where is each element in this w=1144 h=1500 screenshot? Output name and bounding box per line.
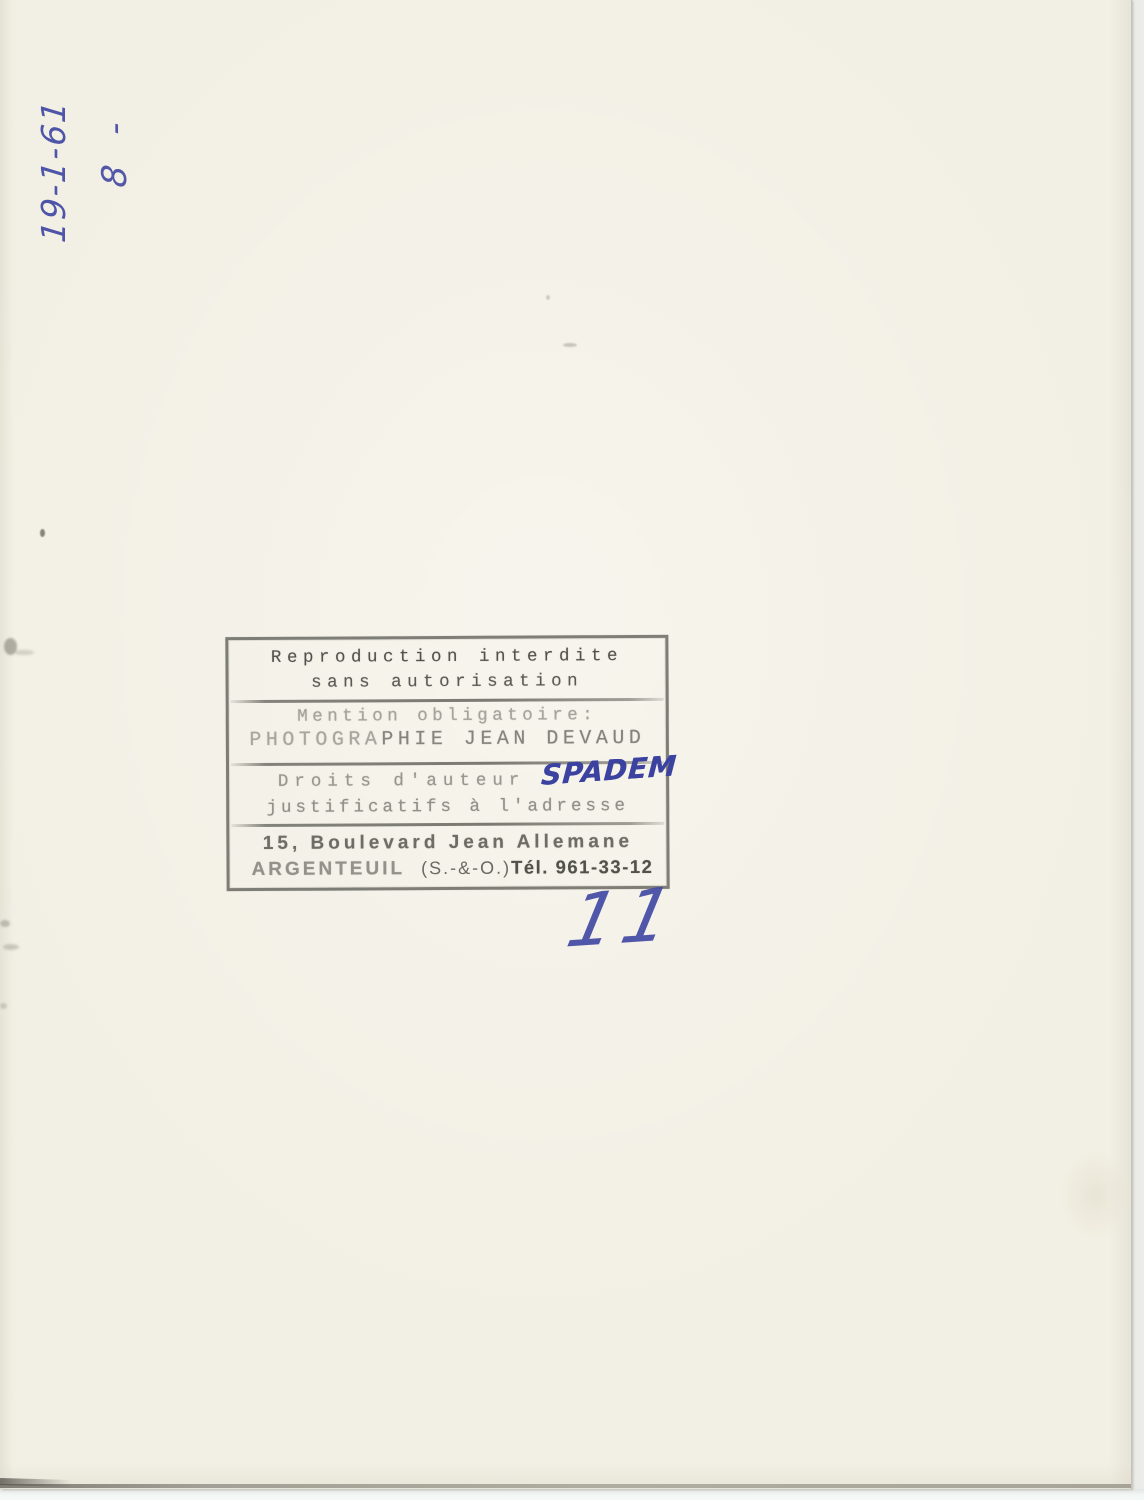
handwritten-date-note: 19-1-61 8 -	[28, 74, 154, 242]
photo-paper-back: 19-1-61 8 - Reproduction interdite sans …	[0, 0, 1131, 1489]
handwritten-date-text: 19-1-61	[28, 72, 74, 245]
paper-speck	[546, 295, 550, 300]
handwritten-date-rotated-block: 19-1-61 8 -	[28, 74, 154, 242]
stamp-department: (S.-&-O.)	[421, 858, 511, 879]
paper-smudge	[3, 944, 19, 950]
stamp-line-photographer-name: PHOTOGRAPHIE JEAN DEVAUD	[229, 727, 666, 752]
paper-smudge	[0, 920, 10, 927]
stamp-photographer-word-dark: PHIE JEAN DEVAUD	[381, 727, 645, 751]
paper-stain	[1060, 1150, 1130, 1240]
paper-speck	[40, 529, 45, 537]
stamp-divider	[231, 698, 664, 703]
stamp-photographer-word-faded: PHOTOGRA	[249, 728, 381, 752]
paper-smudge	[0, 1003, 7, 1009]
stamp-line-street-address: 15, Boulevard Jean Allemane	[229, 831, 666, 855]
stamp-divider	[231, 822, 664, 827]
stamp-line-mention-obligatoire: Mention obligatoire:	[229, 705, 666, 727]
stamp-line-justificatifs: justificatifs à l'adresse	[229, 796, 666, 818]
paper-smudge	[14, 650, 34, 655]
stamp-line-droits-dauteur: Droits d'auteur	[229, 770, 574, 792]
scanner-background-bottom	[0, 1489, 1144, 1500]
paper-bottom-edge	[0, 1484, 1131, 1488]
handwritten-photo-number: 11	[560, 874, 685, 961]
paper-speck	[563, 343, 577, 347]
stamp-city: ARGENTEUIL	[252, 858, 406, 881]
stamp-line-reproduction-interdite: Reproduction interdite	[228, 646, 665, 668]
handwritten-number-note: 8 -	[96, 71, 134, 244]
scanned-photo-verso: 19-1-61 8 - Reproduction interdite sans …	[0, 0, 1144, 1500]
stamp-line-sans-autorisation: sans autorisation	[229, 671, 666, 693]
